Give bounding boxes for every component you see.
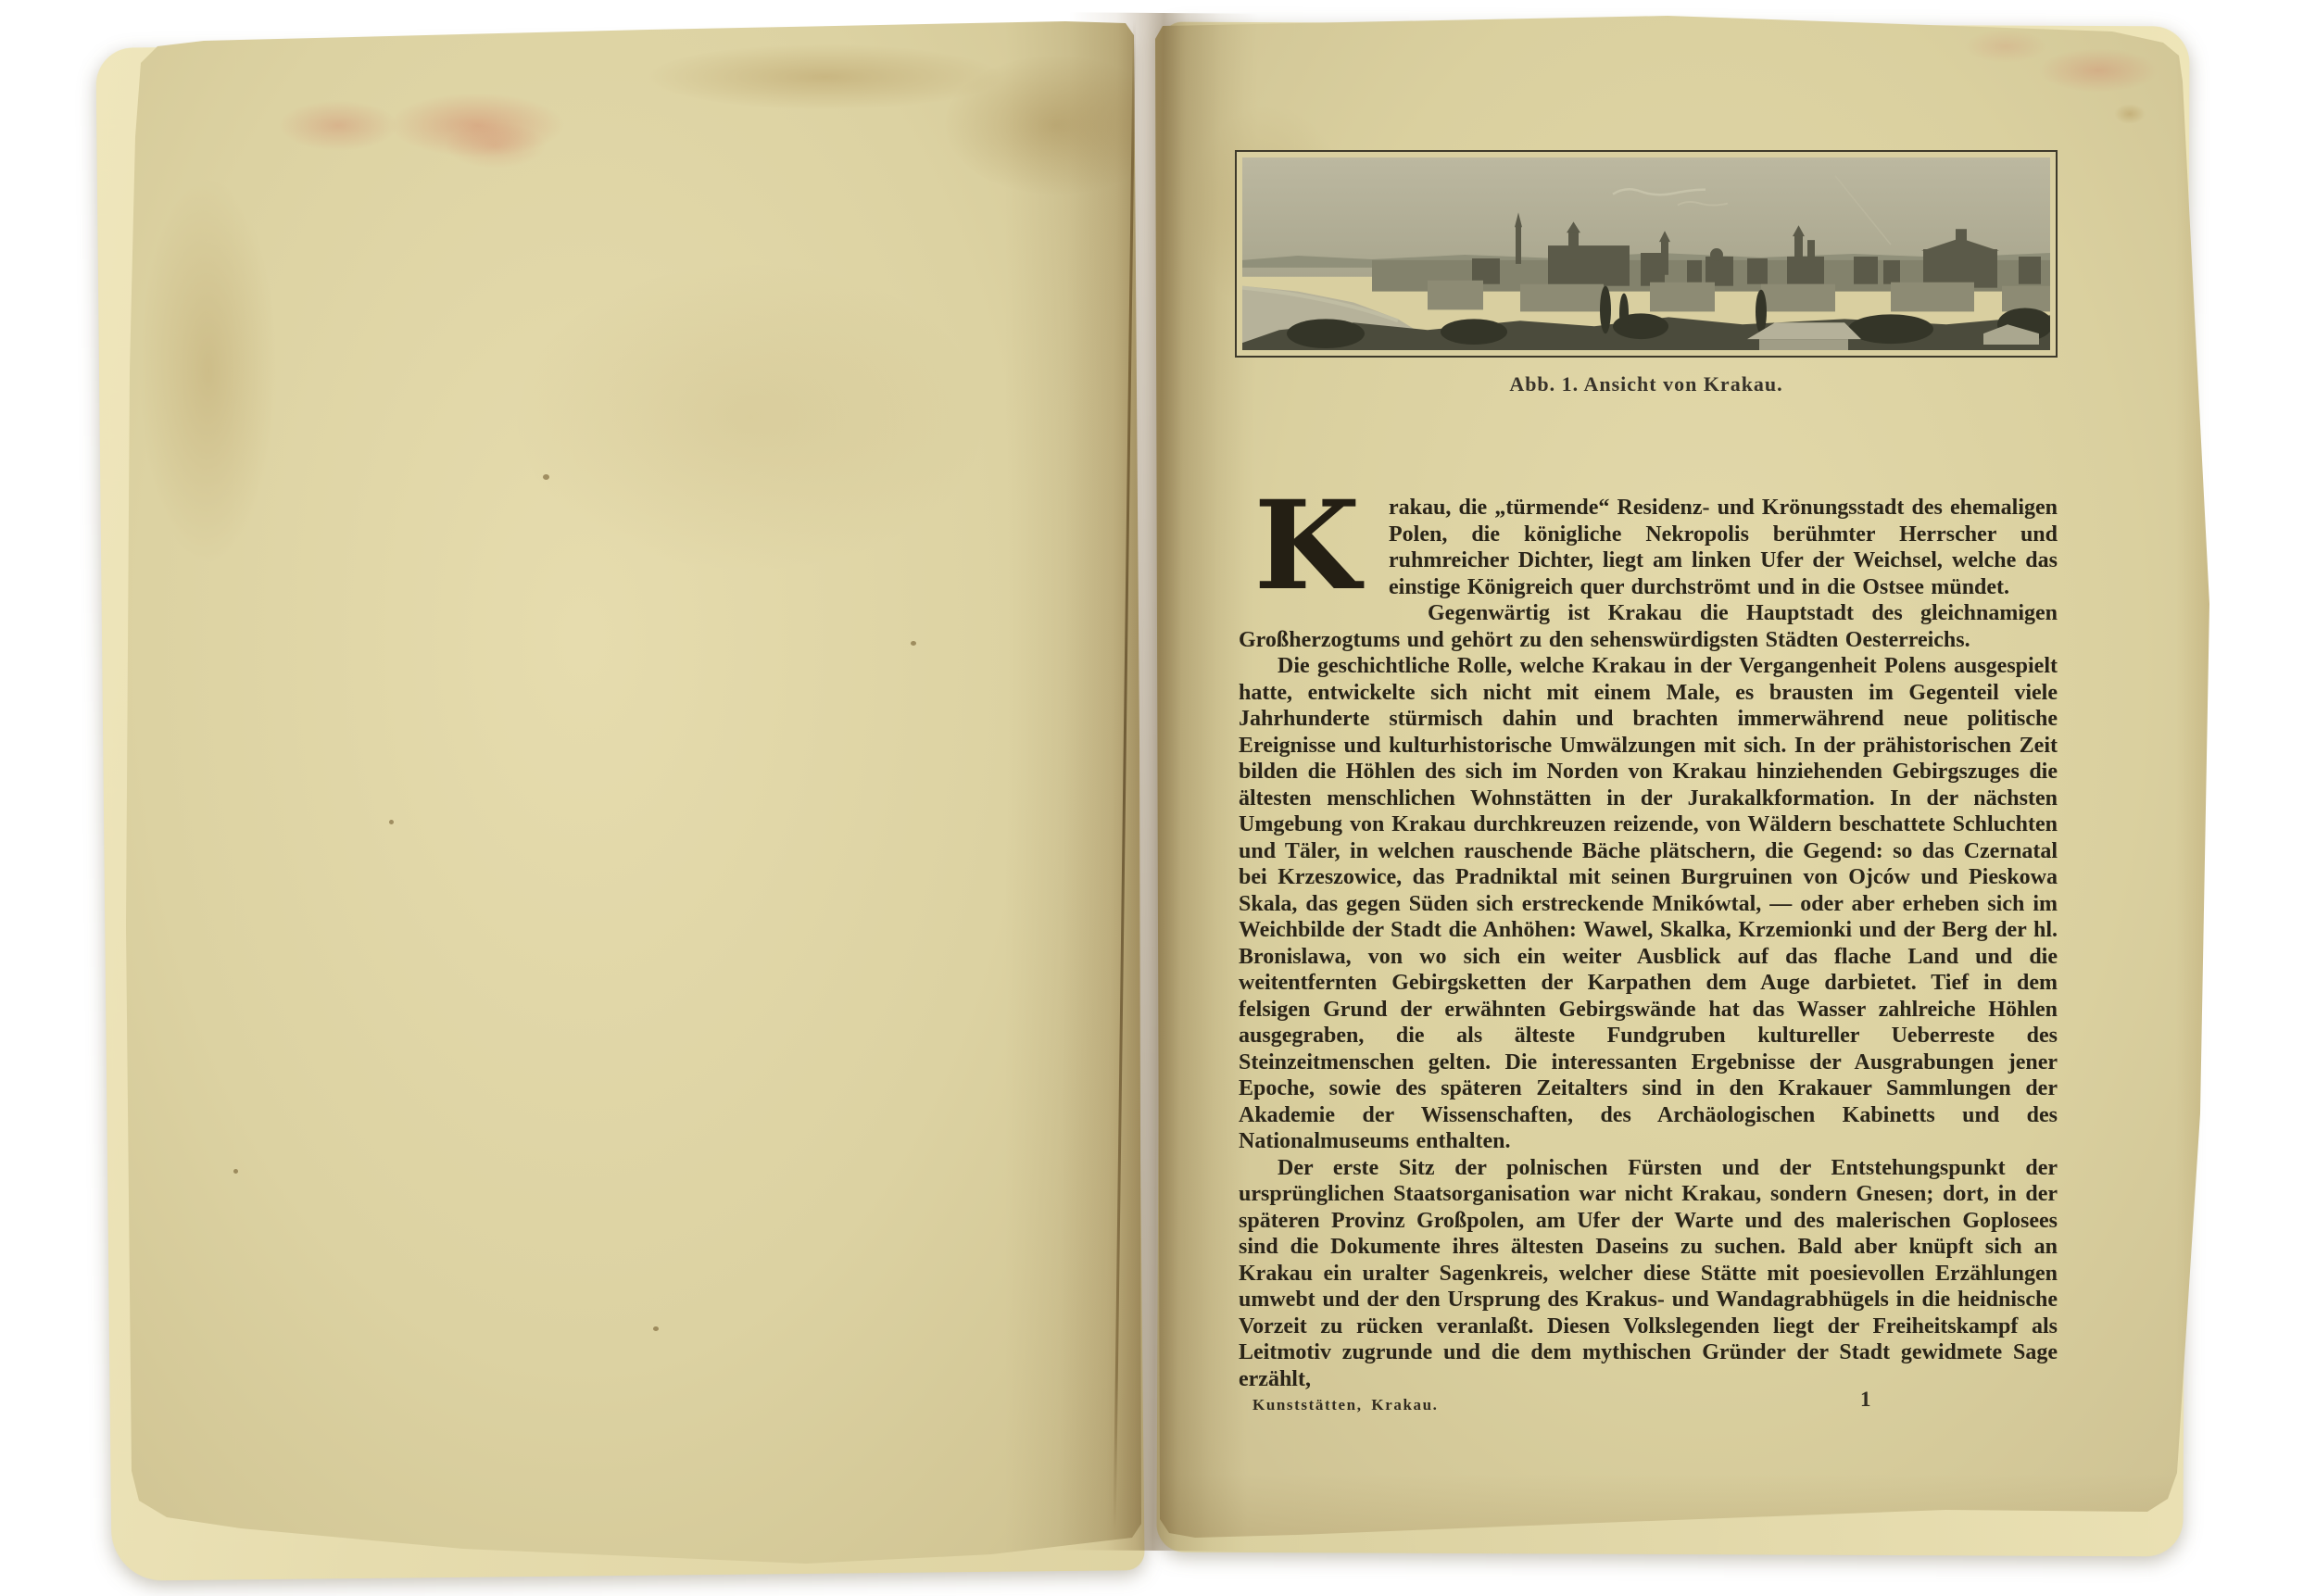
drop-cap-initial: K	[1239, 498, 1376, 602]
paragraph-1: Krakau, die „türmende“ Residenz- und Krö…	[1239, 495, 2058, 600]
paragraph-2: Gegenwärtig ist Krakau die Hauptstadt de…	[1239, 600, 2058, 653]
body-text: Krakau, die „türmende“ Residenz- und Krö…	[1239, 495, 2058, 1392]
paragraph-1-text: rakau, die „türmende“ Residenz- und Krön…	[1389, 496, 2058, 599]
right-page-content: Abb. 1. Ansicht von Krakau. Krakau, die …	[0, 0, 2316, 1596]
figure-caption: Abb. 1. Ansicht von Krakau.	[1235, 372, 2058, 396]
krakau-panorama-photo	[1235, 150, 2058, 358]
panorama-illustration	[1242, 157, 2050, 350]
paragraph-4: Der erste Sitz der polnischen Fürsten un…	[1239, 1155, 2058, 1393]
footer-signature: Kunststätten, Krakau.	[1252, 1396, 1439, 1414]
page-number: 1	[1860, 1388, 1871, 1412]
paragraph-3: Die geschichtliche Rolle, welche Krakau …	[1239, 653, 2058, 1155]
